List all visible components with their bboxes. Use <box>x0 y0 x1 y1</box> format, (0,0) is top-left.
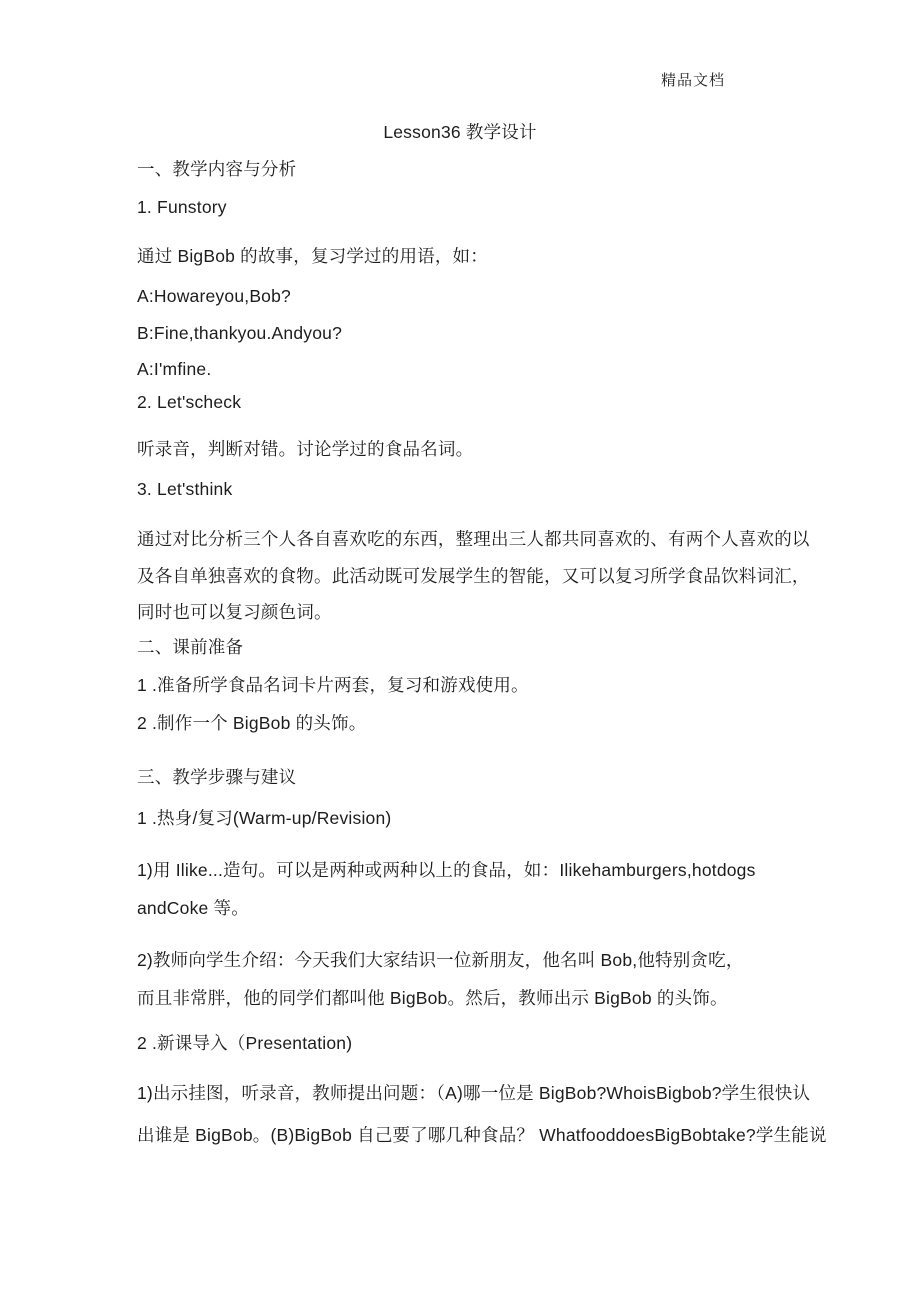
paragraph-lets-think-line2: 及各自单独喜欢的食物。此活动既可发展学生的智能，又可以复习所学食品饮料词汇， <box>137 565 810 587</box>
step-warmup-heading: 1 .热身/复习(Warm-up/Revision) <box>137 807 391 829</box>
watermark-label: 精品文档 <box>661 72 725 90</box>
doc-title: Lesson36 教学设计 <box>0 121 920 143</box>
prep-item-1: 1 .准备所学食品名词卡片两套，复习和游戏使用。 <box>137 674 529 696</box>
paragraph-lets-check: 听录音，判断对错。讨论学过的食品名词。 <box>137 438 473 460</box>
item-funstory: 1. Funstory <box>137 196 227 218</box>
step-warmup-2-line2: 而且非常胖，他的同学们都叫他 BigBob。然后，教师出示 BigBob 的头饰… <box>137 987 728 1009</box>
section-heading-1: 一、教学内容与分析 <box>137 158 296 180</box>
step-presentation-heading: 2 .新课导入（Presentation) <box>137 1032 352 1054</box>
section-heading-3: 三、教学步骤与建议 <box>137 766 296 788</box>
paragraph-lets-think-line3: 同时也可以复习颜色词。 <box>137 601 332 623</box>
document-page: 精品文档 Lesson36 教学设计 一、教学内容与分析 1. Funstory… <box>0 0 920 1303</box>
prep-item-2: 2 .制作一个 BigBob 的头饰。 <box>137 712 366 734</box>
step-presentation-1-line1: 1)出示挂图，听录音，教师提出问题：（A)哪一位是 BigBob?WhoisBi… <box>137 1082 810 1104</box>
dialog-line-a2: A:I'mfine. <box>137 358 211 380</box>
section-heading-2: 二、课前准备 <box>137 636 243 658</box>
paragraph-lets-think-line1: 通过对比分析三个人各自喜欢吃的东西，整理出三人都共同喜欢的、有两个人喜欢的以 <box>137 528 810 550</box>
item-lets-check: 2. Let'scheck <box>137 391 241 413</box>
step-warmup-1-line2: andCoke 等。 <box>137 897 249 919</box>
item-lets-think: 3. Let'sthink <box>137 478 232 500</box>
dialog-line-b: B:Fine,thankyou.Andyou? <box>137 322 342 344</box>
dialog-line-a1: A:Howareyou,Bob? <box>137 285 291 307</box>
step-presentation-1-line2: 出谁是 BigBob。(B)BigBob 自己要了哪几种食品？ Whatfood… <box>137 1124 827 1146</box>
step-warmup-2-line1: 2)教师向学生介绍：今天我们大家结识一位新朋友，他名叫 Bob,他特别贪吃， <box>137 949 744 971</box>
paragraph-funstory: 通过 BigBob 的故事，复习学过的用语，如： <box>137 245 488 267</box>
step-warmup-1-line1: 1)用 Ilike...造句。可以是两种或两种以上的食品，如：Ilikehamb… <box>137 859 756 881</box>
